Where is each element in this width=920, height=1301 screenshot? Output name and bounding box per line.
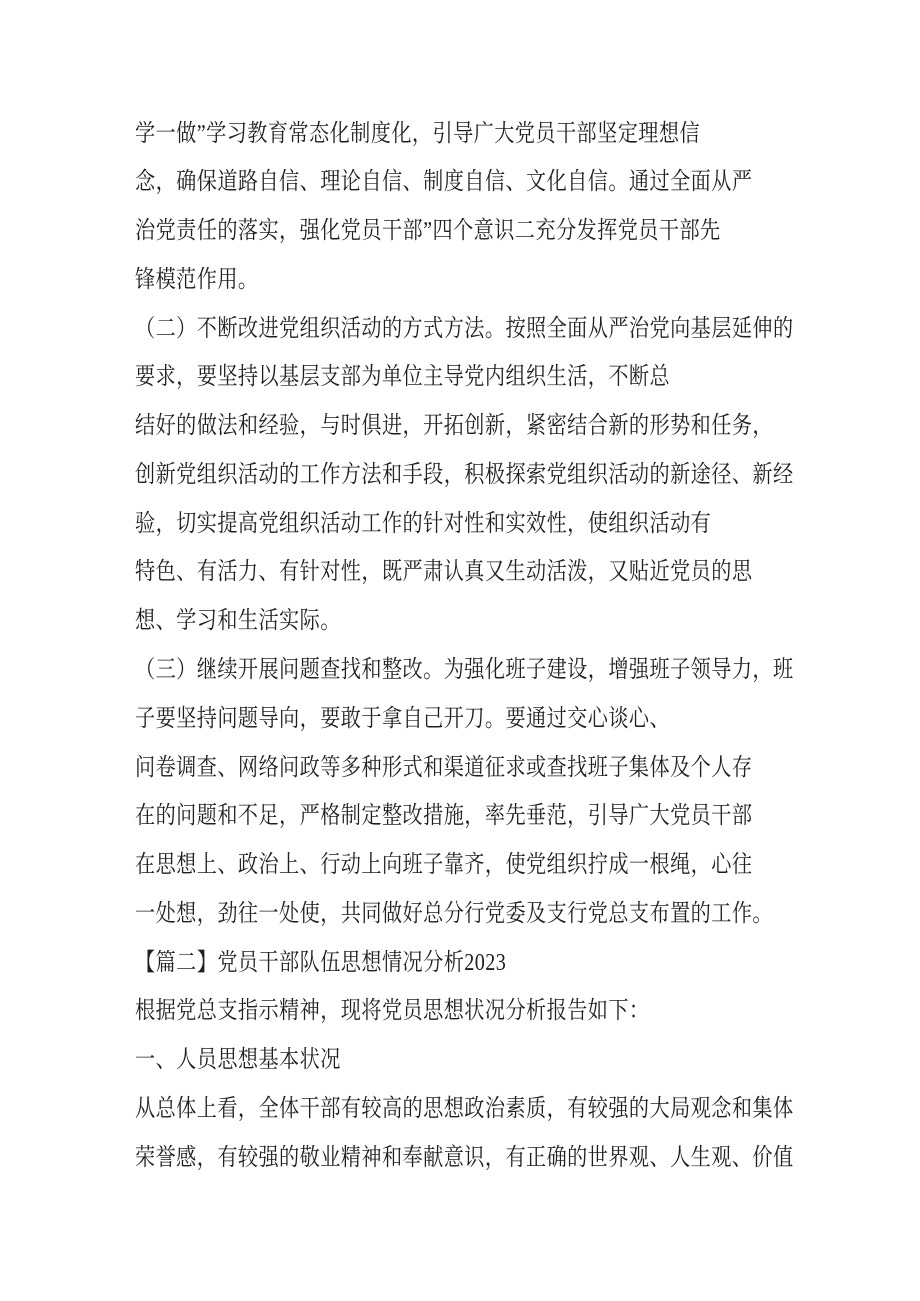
text-line: 特色、有活力、有针对性，既严肃认真又生动活泼，又贴近党员的思 xyxy=(135,548,723,597)
text-line: 根据党总支指示精神，现将党员思想状况分析报告如下： xyxy=(135,987,723,1036)
document-page: 学一做”学习教育常态化制度化，引导广大党员干部坚定理想信 念，确保道路自信、理论… xyxy=(0,0,920,1301)
text-line: 结好的做法和经验，与时俱进，开拓创新，紧密结合新的形势和任务， xyxy=(135,402,723,451)
text-line: 问卷调查、网络问政等多种形式和渠道征求或查找班子集体及个人存 xyxy=(135,744,723,793)
text-line: 创新党组织活动的工作方法和手段，积极探索党组织活动的新途径、新经 xyxy=(135,451,723,500)
text-line: 验，切实提高党组织活动工作的针对性和实效性，使组织活动有 xyxy=(135,500,723,549)
text-line: 在的问题和不足，严格制定整改措施，率先垂范，引导广大党员干部 xyxy=(135,792,723,841)
text-line: 荣誉感，有较强的敬业精神和奉献意识，有正确的世界观、人生观、价值 xyxy=(135,1134,723,1183)
heading-line: 一、人员思想基本状况 xyxy=(135,1036,723,1085)
text-line: 学一做”学习教育常态化制度化，引导广大党员干部坚定理想信 xyxy=(135,110,723,159)
text-line: 在思想上、政治上、行动上向班子靠齐，使党组织拧成一根绳，心往 xyxy=(135,841,723,890)
text-line: 从总体上看，全体干部有较高的思想政治素质，有较强的大局观念和集体 xyxy=(135,1085,723,1134)
text-line: 要求，要坚持以基层支部为单位主导党内组织生活，不断总 xyxy=(135,353,723,402)
text-line: 想、学习和生活实际。 xyxy=(135,597,723,646)
text-line: （三）继续开展问题查找和整改。为强化班子建设，增强班子领导力，班 xyxy=(135,646,723,695)
text-line: 治党责任的落实，强化党员干部”四个意识二充分发挥党员干部先 xyxy=(135,207,723,256)
text-line: 子要坚持问题导向，要敢于拿自己开刀。要通过交心谈心、 xyxy=(135,695,723,744)
text-line: （二）不断改进党组织活动的方式方法。按照全面从严治党向基层延伸的 xyxy=(135,305,723,354)
text-line: 锋模范作用。 xyxy=(135,256,723,305)
section-title-line: 【篇二】党员干部队伍思想情况分析2023 xyxy=(135,939,723,988)
document-body: 学一做”学习教育常态化制度化，引导广大党员干部坚定理想信 念，确保道路自信、理论… xyxy=(135,110,835,1183)
text-line: 一处想，劲往一处使，共同做好总分行党委及支行党总支布置的工作。 xyxy=(135,890,723,939)
text-line: 念，确保道路自信、理论自信、制度自信、文化自信。通过全面从严 xyxy=(135,158,723,207)
